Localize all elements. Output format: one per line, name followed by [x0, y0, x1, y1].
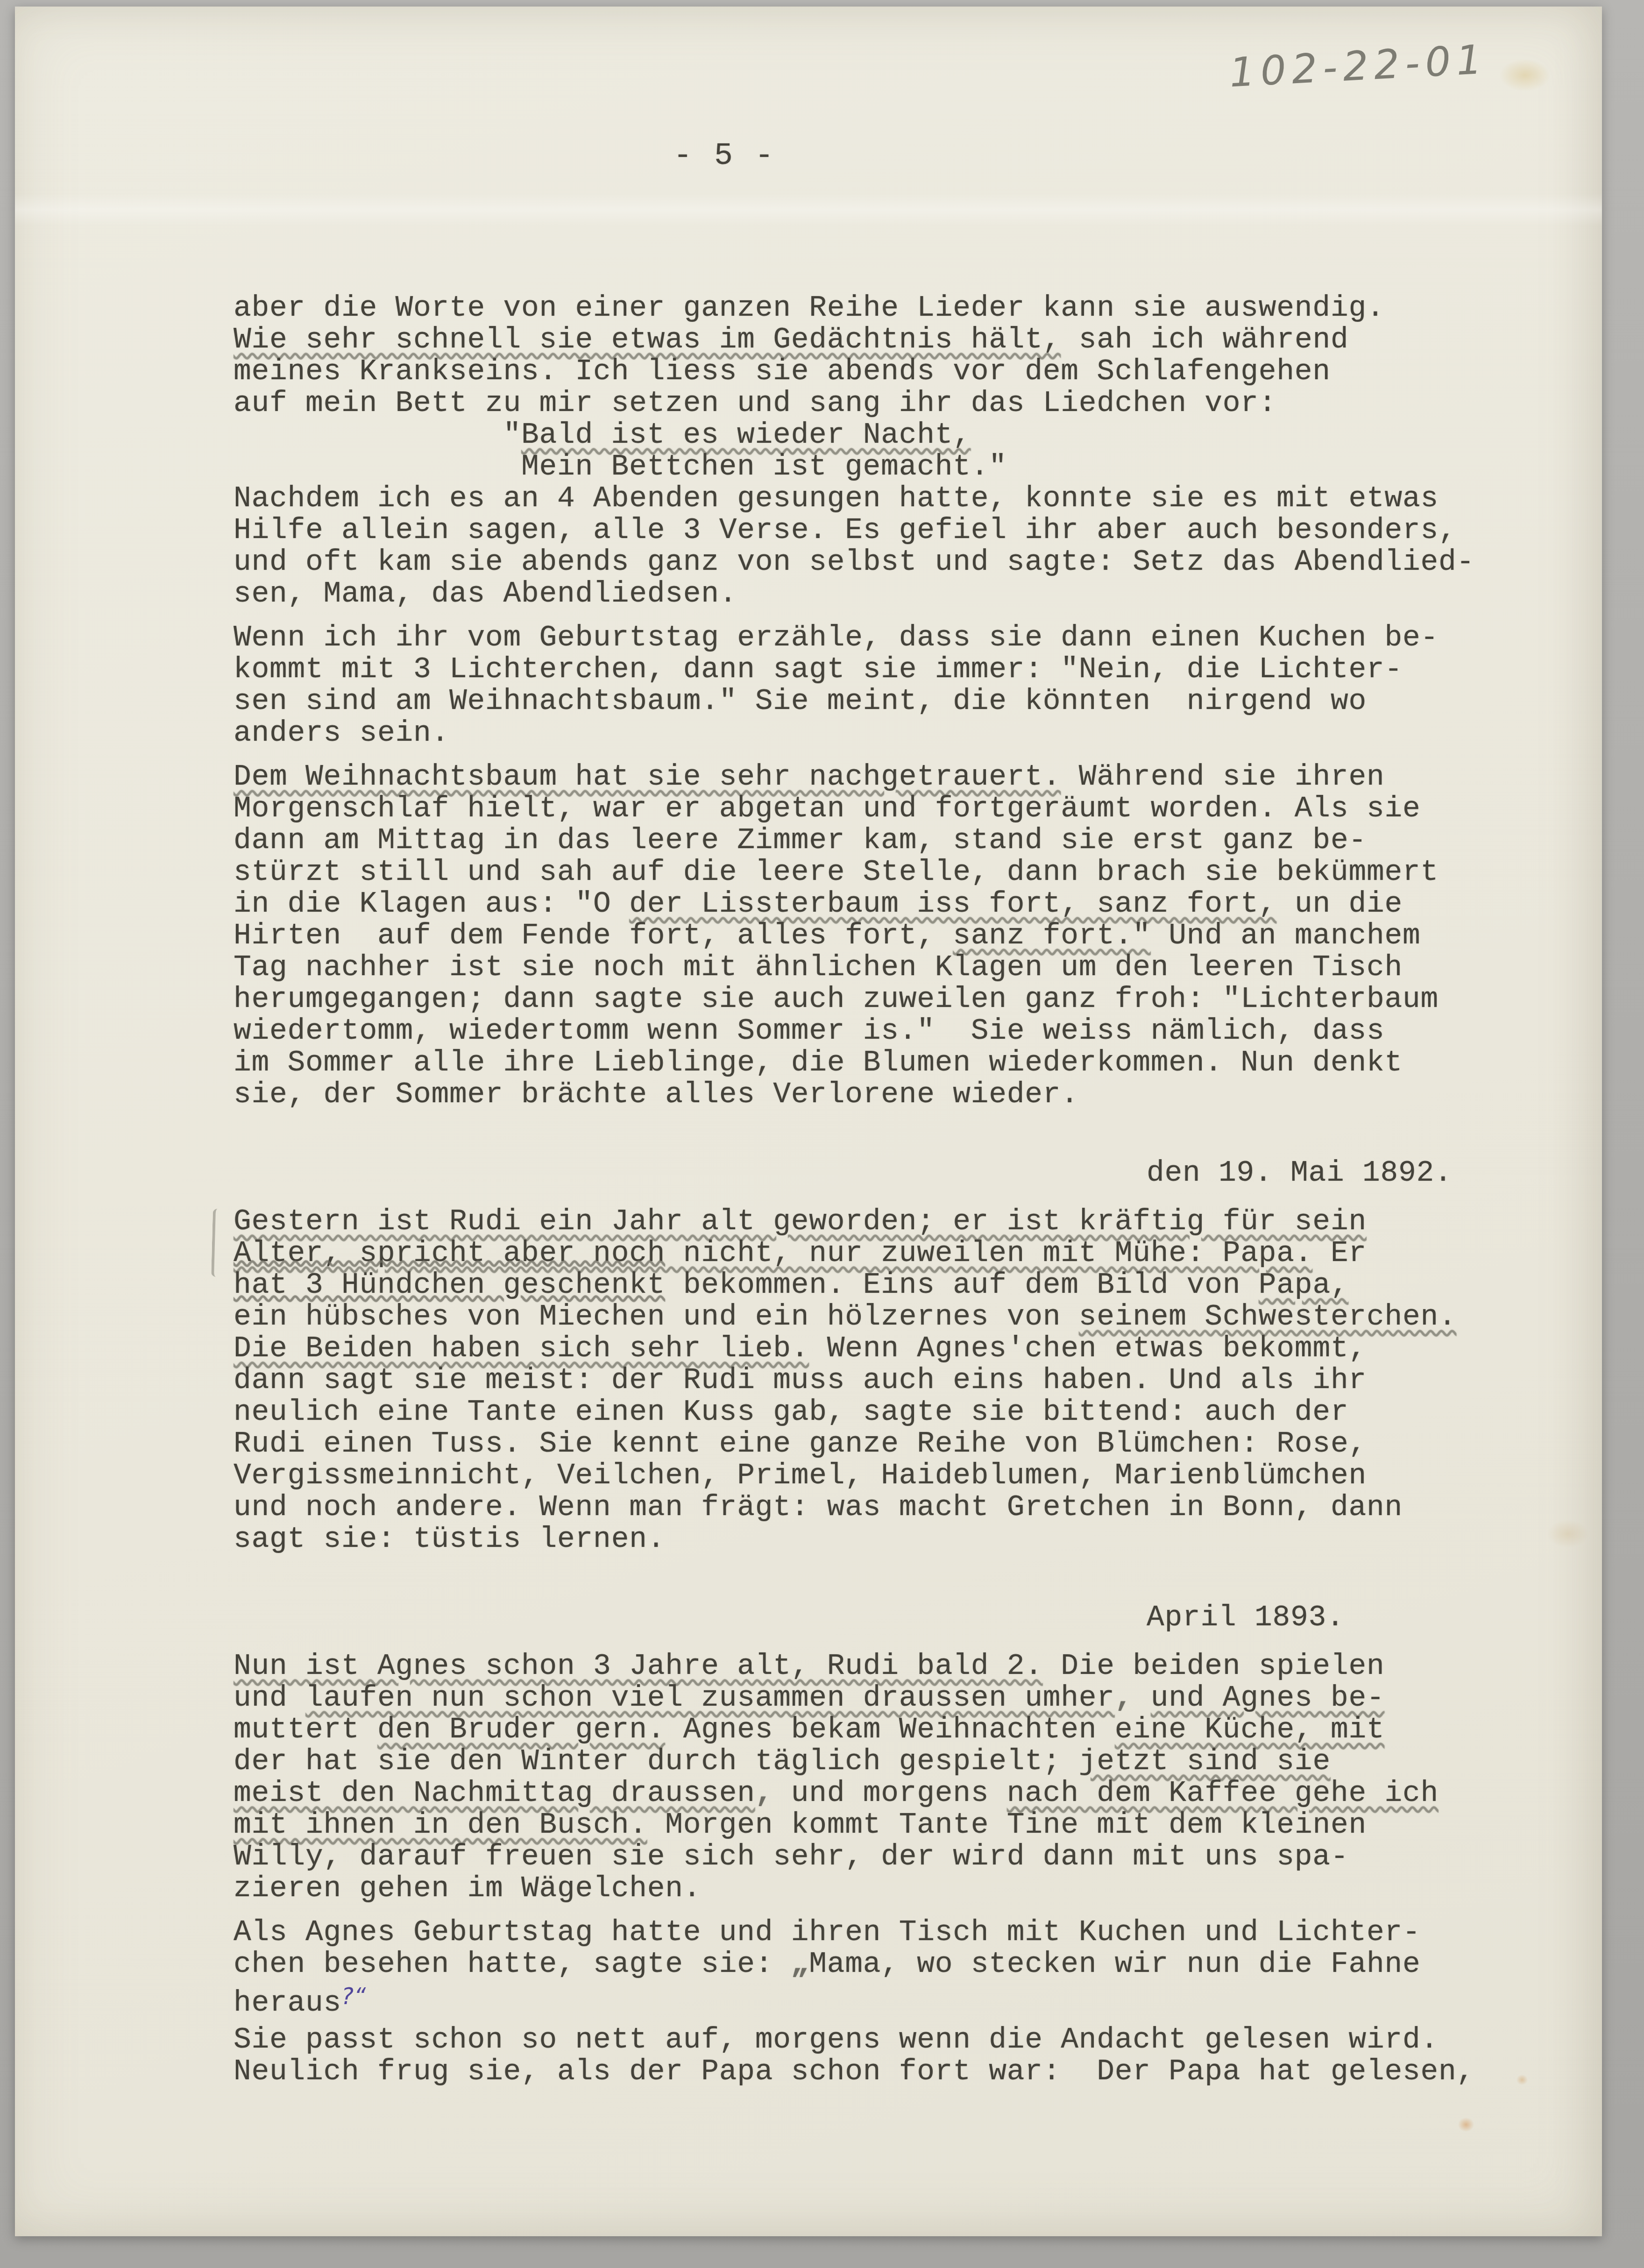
typescript-line: und noch andere. Wenn man frägt: was mac…	[234, 1492, 1474, 1524]
typed-text: Neulich frug sie, als der Papa schon for…	[234, 2055, 1474, 2088]
paper-stain	[1516, 2075, 1528, 2085]
typed-text: ein hübsches von Miechen und ein hölzern…	[234, 1300, 1079, 1333]
pencil-underlined-text: Papa,	[1259, 1269, 1349, 1302]
pencil-underlined-text: mit ihnen in den Busch.	[234, 1808, 647, 1842]
typescript-line: Vergissmeinnicht, Veilchen, Primel, Haid…	[234, 1460, 1474, 1492]
typescript-line: Wie sehr schnell sie etwas im Gedächtnis…	[234, 324, 1474, 356]
handwritten-pencil-mark: „	[791, 1948, 809, 1981]
typed-text: und noch andere. Wenn man frägt: was mac…	[234, 1491, 1403, 1524]
paragraph: aber die Worte von einer ganzen Reihe Li…	[234, 292, 1474, 483]
typed-text: Wenn ich ihr vom Geburtstag erzähle, das…	[234, 621, 1438, 654]
entry-date: April 1893.	[234, 1602, 1474, 1634]
pencil-underlined-text: nach dem Kaffee gehe ich	[1007, 1777, 1438, 1810]
typed-text: der hat sie den Winter durch täglich ges…	[234, 1745, 1079, 1778]
pencil-underlined-text: meist den Nachmittag draussen	[234, 1777, 755, 1810]
typed-text: und	[234, 1681, 305, 1715]
entry-date-text: April 1893.	[1147, 1601, 1345, 1634]
paper-stain	[1499, 59, 1551, 92]
pencil-underlined-text: Alter, spricht aber noch nicht, nur zuwe…	[234, 1237, 1312, 1270]
typescript-line: sie, der Sommer brächte alles Verlorene …	[234, 1079, 1474, 1111]
typescript-line: Wenn ich ihr vom Geburtstag erzähle, das…	[234, 622, 1474, 654]
pencil-underlined-text: Bald ist es wieder Nacht,	[521, 418, 971, 452]
paragraph: Sie passt schon so nett auf, morgens wen…	[234, 2024, 1474, 2088]
typed-text: sie, der Sommer brächte alles Verlorene …	[234, 1078, 1079, 1111]
typed-text: dann sagt sie meist: der Rudi muss auch …	[234, 1364, 1367, 1397]
typescript-line: in die Klagen aus: "O der Lissterbaum is…	[234, 888, 1474, 920]
pencil-underlined-text: laufen nun schon viel zusammen draussen …	[305, 1681, 1115, 1715]
paragraph: Wenn ich ihr vom Geburtstag erzähle, das…	[234, 622, 1474, 749]
typescript-line: sen, Mama, das Abendliedsen.	[234, 578, 1474, 610]
typed-text: stürzt still und sah auf die leere Stell…	[234, 856, 1438, 889]
typed-text: Die beiden spielen	[1043, 1650, 1385, 1683]
typescript-line: Neulich frug sie, als der Papa schon for…	[234, 2056, 1474, 2088]
typescript-line: kommt mit 3 Lichterchen, dann sagt sie i…	[234, 654, 1474, 686]
typescript-line: dann sagt sie meist: der Rudi muss auch …	[234, 1365, 1474, 1396]
typed-text: im Sommer alle ihre Lieblinge, die Blume…	[234, 1046, 1403, 1079]
typescript-line: meines Krankseins. Ich liess sie abends …	[234, 356, 1474, 388]
paragraph: Als Agnes Geburtstag hatte und ihren Tis…	[234, 1917, 1474, 2012]
typescript-line: Rudi einen Tuss. Sie kennt eine ganze Re…	[234, 1428, 1474, 1460]
typescript-line: anders sein.	[234, 717, 1474, 749]
pencil-underlined-text: seinem Schwesterchen.	[1079, 1300, 1457, 1333]
typed-text: un die	[1276, 887, 1403, 921]
typescript-line: Willy, darauf freuen sie sich sehr, der …	[234, 1841, 1474, 1873]
handwritten-pencil-mark: ,	[1115, 1681, 1133, 1715]
scanned-document: 102-22-01 - 5 - aber die Worte von einer…	[0, 0, 1644, 2268]
pencil-underlined-text: Nun ist Agnes schon 3 Jahre alt, Rudi ba…	[234, 1650, 1043, 1683]
typescript-line: wiedertomm, wiedertomm wenn Sommer is." …	[234, 1015, 1474, 1047]
typed-text: Während sie ihren	[1061, 760, 1384, 794]
typed-text: auf mein Bett zu mir setzen und sang ihr…	[234, 387, 1276, 420]
pencil-margin-mark	[211, 1209, 222, 1277]
typescript-line: und oft kam sie abends ganz von selbst u…	[234, 546, 1474, 578]
typescript-line: aber die Worte von einer ganzen Reihe Li…	[234, 292, 1474, 324]
typed-text: sah ich während	[1061, 323, 1348, 356]
pencil-underlined-text: jetzt sind sie	[1079, 1745, 1331, 1778]
typed-text: zieren gehen im Wägelchen.	[234, 1872, 701, 1905]
typed-text: Und an manchem	[1151, 919, 1421, 952]
typescript-line: heraus?“	[234, 1980, 1474, 2012]
typescript-line: Hirten auf dem Fende fort, alles fort, s…	[234, 920, 1474, 952]
typed-text: sen sind am Weihnachtsbaum." Sie meint, …	[234, 685, 1367, 718]
typed-text: Rudi einen Tuss. Sie kennt eine ganze Re…	[234, 1427, 1367, 1460]
typed-text: Agnes bekam Weihnachten	[665, 1713, 1115, 1746]
typescript-line: Mein Bettchen ist gemacht."	[234, 451, 1474, 483]
scan-light-band	[15, 193, 1602, 226]
typescript-line: stürzt still und sah auf die leere Stell…	[234, 857, 1474, 888]
pencil-underlined-text: und Agnes be-	[1151, 1681, 1385, 1715]
handwritten-ink-mark: ?“	[341, 1983, 366, 2010]
typed-text: kommt mit 3 Lichterchen, dann sagt sie i…	[234, 653, 1403, 686]
typescript-line: Alter, spricht aber noch nicht, nur zuwe…	[234, 1238, 1474, 1269]
typescript-line: Die Beiden haben sich sehr lieb. Wenn Ag…	[234, 1333, 1474, 1365]
typed-text: Nachdem ich es an 4 Abenden gesungen hat…	[234, 482, 1438, 515]
handwritten-pencil-mark: ,	[755, 1777, 773, 1810]
page-number: - 5 -	[673, 138, 775, 173]
paragraph: Gestern ist Rudi ein Jahr alt geworden; …	[234, 1206, 1474, 1555]
typed-text: Hilfe allein sagen, alle 3 Verse. Es gef…	[234, 514, 1456, 547]
pencil-underlined-text: eine Küche, mit	[1115, 1713, 1385, 1746]
typed-text: und morgens	[773, 1777, 1007, 1810]
typescript-line: Nachdem ich es an 4 Abenden gesungen hat…	[234, 483, 1474, 515]
typescript-line: auf mein Bett zu mir setzen und sang ihr…	[234, 388, 1474, 419]
paragraph: Dem Weihnachtsbaum hat sie sehr nachgetr…	[234, 761, 1474, 1111]
pencil-underlined-text: Dem Weihnachtsbaum hat sie sehr nachgetr…	[234, 760, 1061, 794]
paper-stain	[1458, 2118, 1474, 2132]
typed-text: Tag nachher ist sie noch mit ähnlichen K…	[234, 951, 1403, 984]
paper-stain	[1547, 1520, 1589, 1548]
pencil-underlined-text: der Lissterbaum iss fort, sanz fort,	[629, 887, 1276, 921]
typescript-line: meist den Nachmittag draussen, und morge…	[234, 1778, 1474, 1809]
typed-text: herumgegangen; dann sagte sie auch zuwei…	[234, 983, 1438, 1016]
paragraph: Nun ist Agnes schon 3 Jahre alt, Rudi ba…	[234, 1651, 1474, 1905]
typescript-line: Gestern ist Rudi ein Jahr alt geworden; …	[234, 1206, 1474, 1238]
typescript-line: sen sind am Weihnachtsbaum." Sie meint, …	[234, 686, 1474, 717]
typed-text: in die Klagen aus: "O	[234, 887, 629, 921]
typed-text: muttert	[234, 1713, 377, 1746]
entry-date: den 19. Mai 1892.	[234, 1157, 1474, 1189]
typed-text: wiedertomm, wiedertomm wenn Sommer is." …	[234, 1014, 1384, 1048]
typed-text: und oft kam sie abends ganz von selbst u…	[234, 546, 1474, 579]
pencil-underlined-text: den Bruder gern.	[377, 1713, 665, 1746]
pencil-scribbled-text: hat 3 Hündchen geschenkt	[234, 1269, 665, 1302]
typed-text: Wenn Agnes'chen etwas bekommt,	[809, 1332, 1367, 1365]
typescript-line: neulich eine Tante einen Kuss gab, sagte…	[234, 1396, 1474, 1428]
typescript-line: ein hübsches von Miechen und ein hölzern…	[234, 1301, 1474, 1333]
typescript-line: Dem Weihnachtsbaum hat sie sehr nachgetr…	[234, 761, 1474, 793]
typed-text: bekommen. Eins auf dem Bild von	[665, 1269, 1259, 1302]
typescript-line: mit ihnen in den Busch. Morgen kommt Tan…	[234, 1809, 1474, 1841]
paragraph: Nachdem ich es an 4 Abenden gesungen hat…	[234, 483, 1474, 610]
typed-text: Vergissmeinnicht, Veilchen, Primel, Haid…	[234, 1459, 1367, 1492]
typed-text: aber die Worte von einer ganzen Reihe Li…	[234, 291, 1384, 325]
typescript-line: dann am Mittag in das leere Zimmer kam, …	[234, 825, 1474, 857]
typed-text: Morgen kommt Tante Tine mit dem kleinen	[647, 1808, 1367, 1842]
typed-text: Mama, wo stecken wir nun die Fahne	[809, 1948, 1420, 1981]
typed-text: Sie passt schon so nett auf, morgens wen…	[234, 2023, 1438, 2056]
typescript-line: Morgenschlaf hielt, war er abgetan und f…	[234, 793, 1474, 825]
typescript-line: der hat sie den Winter durch täglich ges…	[234, 1746, 1474, 1778]
typed-text: dann am Mittag in das leere Zimmer kam, …	[234, 824, 1367, 857]
typescript-line: Sie passt schon so nett auf, morgens wen…	[234, 2024, 1474, 2056]
typed-text: Hirten auf dem Fende fort, alles fort,	[234, 919, 953, 952]
typed-text: neulich eine Tante einen Kuss gab, sagte…	[234, 1396, 1348, 1429]
typed-text: Morgenschlaf hielt, war er abgetan und f…	[234, 792, 1420, 825]
typed-text: heraus	[234, 1986, 341, 2020]
typescript-line: "Bald ist es wieder Nacht,	[234, 419, 1474, 451]
typescript-body: aber die Worte von einer ganzen Reihe Li…	[234, 292, 1474, 2088]
typed-text: sagt sie: tüstis lernen.	[234, 1523, 665, 1556]
typed-text: "	[503, 418, 522, 452]
typescript-line: zieren gehen im Wägelchen.	[234, 1873, 1474, 1905]
typescript-line: hat 3 Hündchen geschenkt bekommen. Eins …	[234, 1269, 1474, 1301]
typewritten-page: 102-22-01 - 5 - aber die Worte von einer…	[15, 7, 1602, 2236]
typescript-line: sagt sie: tüstis lernen.	[234, 1524, 1474, 1555]
entry-date-text: den 19. Mai 1892.	[1147, 1156, 1453, 1190]
typescript-line: Tag nachher ist sie noch mit ähnlichen K…	[234, 952, 1474, 984]
typescript-line: muttert den Bruder gern. Agnes bekam Wei…	[234, 1714, 1474, 1746]
typed-text: Als Agnes Geburtstag hatte und ihren Tis…	[234, 1916, 1420, 1949]
typed-text: Mein Bettchen ist gemacht."	[521, 450, 1007, 483]
handwritten-archive-number: 102-22-01	[1228, 36, 1489, 97]
pencil-underlined-text: sanz fort."	[953, 919, 1151, 952]
pencil-underlined-text: Wie sehr schnell sie etwas im Gedächtnis…	[234, 323, 1061, 356]
typed-text: sen, Mama, das Abendliedsen.	[234, 577, 737, 610]
typescript-line: Als Agnes Geburtstag hatte und ihren Tis…	[234, 1917, 1474, 1949]
typescript-line: chen besehen hatte, sagte sie: „Mama, wo…	[234, 1949, 1474, 1980]
typed-text	[1133, 1681, 1151, 1715]
pencil-underlined-text: Die Beiden haben sich sehr lieb.	[234, 1332, 809, 1365]
pencil-underlined-text: Gestern ist Rudi ein Jahr alt geworden; …	[234, 1205, 1367, 1238]
typescript-line: Hilfe allein sagen, alle 3 Verse. Es gef…	[234, 515, 1474, 546]
typed-text: Er	[1312, 1237, 1367, 1270]
typed-text: anders sein.	[234, 716, 449, 750]
typed-text: chen besehen hatte, sagte sie:	[234, 1948, 791, 1981]
typed-text: Willy, darauf freuen sie sich sehr, der …	[234, 1840, 1348, 1873]
typescript-line: und laufen nun schon viel zusammen draus…	[234, 1682, 1474, 1714]
typed-text: meines Krankseins. Ich liess sie abends …	[234, 355, 1331, 388]
typescript-line: im Sommer alle ihre Lieblinge, die Blume…	[234, 1047, 1474, 1079]
typescript-line: herumgegangen; dann sagte sie auch zuwei…	[234, 984, 1474, 1015]
typescript-line: Nun ist Agnes schon 3 Jahre alt, Rudi ba…	[234, 1651, 1474, 1682]
